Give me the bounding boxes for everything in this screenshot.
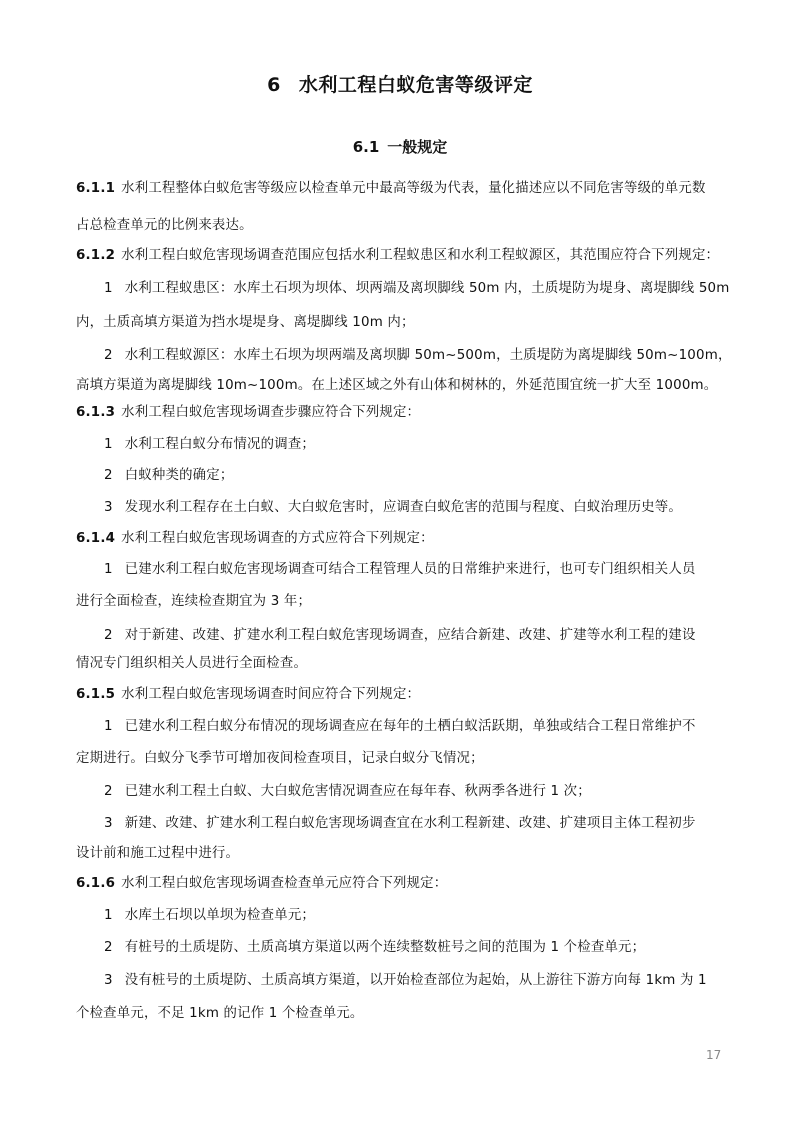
continuation-line: 定期进行。白蚁分飞季节可增加夜间检查项目，记录白蚁分飞情况；: [76, 749, 736, 769]
line-text: 占总检查单元的比例来表达。: [76, 218, 253, 233]
list-item: 2有桩号的土质堤防、土质高填方渠道以两个连续整数桩号之间的范围为 1 个检查单元…: [104, 938, 736, 958]
item-number: 3: [104, 973, 113, 988]
chapter-title: 水利工程白蚁危害等级评定: [299, 74, 533, 96]
item-number: 2: [104, 784, 113, 799]
document-page: 6水利工程白蚁危害等级评定 6.1一般规定 6.1.1水利工程整体白蚁危害等级应…: [0, 0, 800, 1130]
line-text: 水利工程白蚁危害现场调查范围应包括水利工程蚁患区和水利工程蚁源区，其范围应符合下…: [121, 248, 719, 263]
list-item: 3发现水利工程存在土白蚁、大白蚁危害时，应调查白蚁危害的范围与程度、白蚁治理历史…: [104, 498, 736, 518]
continuation-line: 进行全面检查，连续检查期宜为 3 年；: [76, 592, 736, 612]
section-number: 6.1: [353, 138, 380, 156]
continuation-line: 高填方渠道为离堤脚线 10m~100m。在上述区域之外有山体和树林的，外延范围宜…: [76, 376, 736, 396]
clause-line: 6.1.3水利工程白蚁危害现场调查步骤应符合下列规定：: [76, 403, 736, 423]
item-number: 2: [104, 628, 113, 643]
line-text: 设计前和施工过程中进行。: [76, 846, 239, 861]
line-text: 已建水利工程白蚁危害现场调查可结合工程管理人员的日常维护来进行，也可专门组织相关…: [125, 562, 696, 577]
chapter-heading: 6水利工程白蚁危害等级评定: [0, 70, 800, 97]
clause-number: 6.1.2: [76, 248, 115, 263]
line-text: 水利工程白蚁危害现场调查的方式应符合下列规定：: [121, 531, 434, 546]
clause-line: 6.1.4水利工程白蚁危害现场调查的方式应符合下列规定：: [76, 529, 736, 549]
clause-line: 6.1.6水利工程白蚁危害现场调查检查单元应符合下列规定：: [76, 874, 736, 894]
continuation-line: 内，土质高填方渠道为挡水堤堤身、离堤脚线 10m 内；: [76, 313, 736, 333]
continuation-line: 情况专门组织相关人员进行全面检查。: [76, 654, 736, 674]
page-number: 17: [706, 1048, 721, 1062]
clause-number: 6.1.3: [76, 405, 115, 420]
line-text: 进行全面检查，连续检查期宜为 3 年；: [76, 594, 311, 609]
line-text: 对于新建、改建、扩建水利工程白蚁危害现场调查，应结合新建、改建、扩建等水利工程的…: [125, 628, 696, 643]
clause-line: 6.1.2水利工程白蚁危害现场调查范围应包括水利工程蚁患区和水利工程蚁源区，其范…: [76, 246, 736, 266]
item-number: 2: [104, 348, 113, 363]
line-text: 新建、改建、扩建水利工程白蚁危害现场调查宜在水利工程新建、改建、扩建项目主体工程…: [125, 816, 696, 831]
line-text: 水利工程整体白蚁危害等级应以检查单元中最高等级为代表，量化描述应以不同危害等级的…: [121, 181, 705, 196]
continuation-line: 占总检查单元的比例来表达。: [76, 216, 736, 236]
clause-line: 6.1.1水利工程整体白蚁危害等级应以检查单元中最高等级为代表，量化描述应以不同…: [76, 179, 736, 199]
line-text: 定期进行。白蚁分飞季节可增加夜间检查项目，记录白蚁分飞情况；: [76, 751, 484, 766]
line-text: 没有桩号的土质堤防、土质高填方渠道，以开始检查部位为起始，从上游往下游方向每 1…: [125, 973, 707, 988]
line-text: 水利工程白蚁危害现场调查检查单元应符合下列规定：: [121, 876, 447, 891]
item-number: 1: [104, 719, 113, 734]
list-item: 1水库土石坝以单坝为检查单元；: [104, 906, 736, 926]
line-text: 水利工程白蚁分布情况的调查；: [125, 437, 315, 452]
line-text: 情况专门组织相关人员进行全面检查。: [76, 656, 307, 671]
list-item: 2对于新建、改建、扩建水利工程白蚁危害现场调查，应结合新建、改建、扩建等水利工程…: [104, 626, 736, 646]
list-item: 3没有桩号的土质堤防、土质高填方渠道，以开始检查部位为起始，从上游往下游方向每 …: [104, 971, 736, 991]
section-heading: 6.1一般规定: [0, 136, 800, 157]
clause-number: 6.1.4: [76, 531, 115, 546]
line-text: 水库土石坝以单坝为检查单元；: [125, 908, 315, 923]
section-title: 一般规定: [387, 138, 447, 156]
item-number: 3: [104, 500, 113, 515]
item-number: 2: [104, 940, 113, 955]
continuation-line: 设计前和施工过程中进行。: [76, 844, 736, 864]
item-number: 1: [104, 908, 113, 923]
list-item: 1水利工程白蚁分布情况的调查；: [104, 435, 736, 455]
list-item: 1已建水利工程白蚁危害现场调查可结合工程管理人员的日常维护来进行，也可专门组织相…: [104, 560, 736, 580]
item-number: 2: [104, 468, 113, 483]
item-number: 1: [104, 437, 113, 452]
line-text: 个检查单元，不足 1km 的记作 1 个检查单元。: [76, 1006, 364, 1021]
clause-line: 6.1.5水利工程白蚁危害现场调查时间应符合下列规定：: [76, 685, 736, 705]
list-item: 1已建水利工程白蚁分布情况的现场调查应在每年的土栖白蚁活跃期，单独或结合工程日常…: [104, 717, 736, 737]
line-text: 发现水利工程存在土白蚁、大白蚁危害时，应调查白蚁危害的范围与程度、白蚁治理历史等…: [125, 500, 682, 515]
line-text: 有桩号的土质堤防、土质高填方渠道以两个连续整数桩号之间的范围为 1 个检查单元；: [125, 940, 645, 955]
line-text: 内，土质高填方渠道为挡水堤堤身、离堤脚线 10m 内；: [76, 315, 415, 330]
line-text: 水利工程蚁源区：水库土石坝为坝两端及离坝脚 50m~500m，土质堤防为离堤脚线…: [125, 348, 732, 363]
line-text: 水利工程白蚁危害现场调查时间应符合下列规定：: [121, 687, 420, 702]
item-number: 3: [104, 816, 113, 831]
continuation-line: 个检查单元，不足 1km 的记作 1 个检查单元。: [76, 1004, 736, 1024]
line-text: 水利工程白蚁危害现场调查步骤应符合下列规定：: [121, 405, 420, 420]
list-item: 2已建水利工程土白蚁、大白蚁危害情况调查应在每年春、秋两季各进行 1 次；: [104, 782, 736, 802]
line-text: 白蚁种类的确定；: [125, 468, 234, 483]
list-item: 2水利工程蚁源区：水库土石坝为坝两端及离坝脚 50m~500m，土质堤防为离堤脚…: [104, 346, 736, 366]
item-number: 1: [104, 281, 113, 296]
clause-number: 6.1.1: [76, 181, 115, 196]
clause-number: 6.1.6: [76, 876, 115, 891]
line-text: 已建水利工程白蚁分布情况的现场调查应在每年的土栖白蚁活跃期，单独或结合工程日常维…: [125, 719, 696, 734]
list-item: 1水利工程蚁患区：水库土石坝为坝体、坝两端及离坝脚线 50m 内，土质堤防为堤身…: [104, 279, 736, 299]
item-number: 1: [104, 562, 113, 577]
line-text: 水利工程蚁患区：水库土石坝为坝体、坝两端及离坝脚线 50m 内，土质堤防为堤身、…: [125, 281, 730, 296]
list-item: 3新建、改建、扩建水利工程白蚁危害现场调查宜在水利工程新建、改建、扩建项目主体工…: [104, 814, 736, 834]
clause-number: 6.1.5: [76, 687, 115, 702]
line-text: 已建水利工程土白蚁、大白蚁危害情况调查应在每年春、秋两季各进行 1 次；: [125, 784, 591, 799]
line-text: 高填方渠道为离堤脚线 10m~100m。在上述区域之外有山体和树林的，外延范围宜…: [76, 378, 717, 393]
list-item: 2白蚁种类的确定；: [104, 466, 736, 486]
chapter-number: 6: [267, 74, 281, 96]
